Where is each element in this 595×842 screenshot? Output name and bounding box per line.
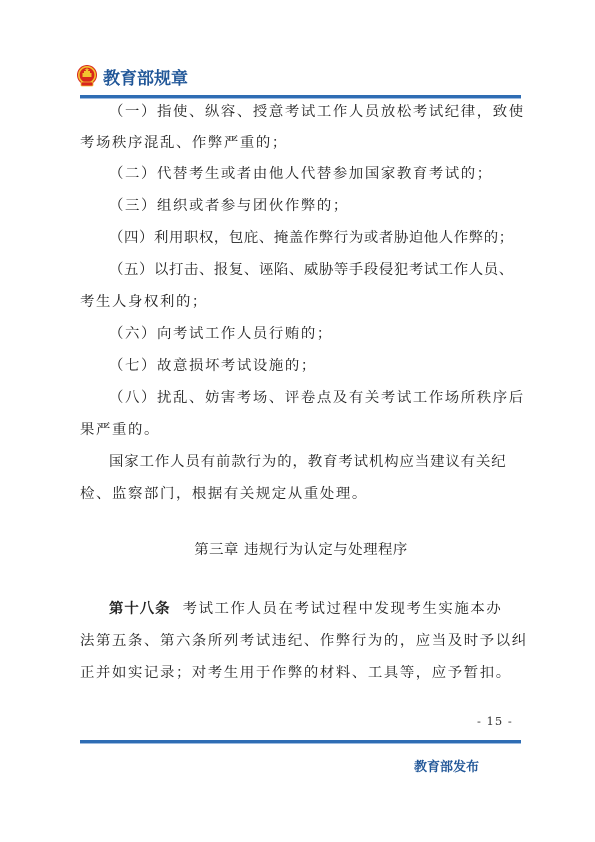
footer-publisher: 教育部发布 [414, 756, 479, 775]
paragraph-line: （八）扰乱、妨害考场、评卷点及有关考试工作场所秩序后 [109, 388, 525, 408]
paragraph-line: 考生人身权利的； [80, 292, 208, 312]
paragraph-line: （七）故意损坏考试设施的； [109, 356, 317, 376]
paragraph-line: （六）向考试工作人员行贿的； [109, 324, 333, 344]
paragraph-line: （三）组织或者参与团伙作弊的； [109, 196, 349, 216]
header-divider [80, 95, 521, 99]
paragraph-line: （四）利用职权，包庇、掩盖作弊行为或者胁迫他人作弊的； [109, 228, 514, 248]
paragraph-line: 法第五条、第六条所列考试违纪、作弊行为的，应当及时予以纠 [80, 631, 528, 651]
paragraph-line: （二）代替考生或者由他人代替参加国家教育考试的； [109, 164, 493, 184]
national-emblem-icon [76, 64, 98, 88]
paragraph-line: （一）指使、纵容、授意考试工作人员放松考试纪律，致使 [109, 102, 525, 122]
header-title: 教育部规章 [103, 64, 188, 89]
article-label: 第十八条 [109, 601, 171, 617]
paragraph-line: （五）以打击、报复、诬陷、威胁等手段侵犯考试工作人员、 [109, 260, 514, 280]
paragraph-line: 考场秩序混乱、作弊严重的； [80, 133, 288, 153]
page-header: 教育部规章 [76, 62, 188, 90]
paragraph-line: 检、监察部门，根据有关规定从重处理。 [80, 484, 368, 504]
chapter-title: 第三章 违规行为认定与处理程序 [80, 540, 522, 560]
paragraph-line: 正并如实记录；对考生用于作弊的材料、工具等，应予暂扣。 [80, 663, 512, 683]
paragraph-line: 国家工作人员有前款行为的，教育考试机构应当建议有关纪 [109, 452, 507, 472]
article-first-line: 第十八条考试工作人员在考试过程中发现考生实施本办 [109, 599, 502, 619]
page-number: - 15 - [477, 714, 513, 728]
article-text: 考试工作人员在考试过程中发现考生实施本办 [183, 601, 503, 617]
paragraph-line: 果严重的。 [80, 420, 160, 440]
footer-divider [80, 740, 521, 744]
